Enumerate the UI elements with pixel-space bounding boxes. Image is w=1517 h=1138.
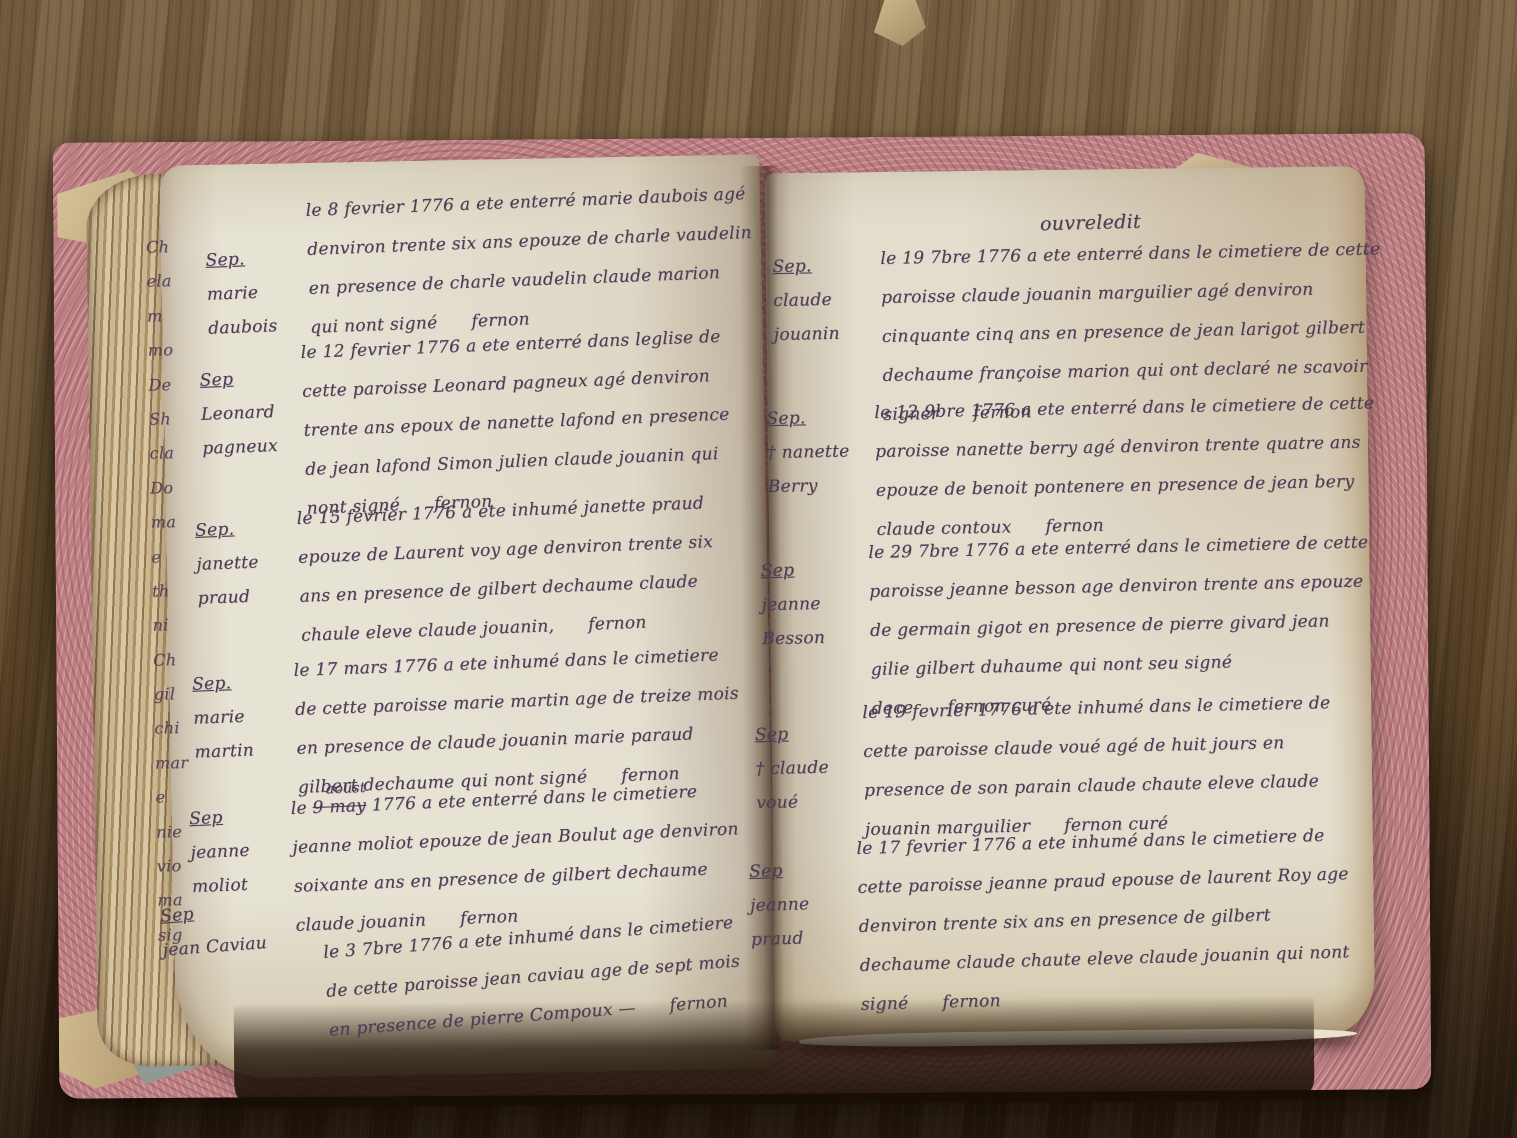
entry-margin-label: Sep † claude voué (754, 716, 856, 820)
entry-body-prefix: le (290, 798, 313, 819)
entry-margin-label: Sep. † nanette Berry (766, 400, 868, 504)
entry-margin-label: Sep jeanne moliot (188, 798, 288, 904)
entry-margin-label: Sep. claude jouanin (772, 248, 874, 352)
photo-scene: Ch ela m mo De Sh cla Do ma e th ni Ch g… (0, 0, 1517, 1138)
signature: fernon (942, 991, 1001, 1013)
date-correction: aoust9 may (312, 787, 367, 828)
entry-margin-label: Sep. marie martin (192, 664, 292, 769)
entry-body: le 3 7bre 1776 a ete inhumé dans le cime… (323, 913, 741, 1041)
entry-margin-label: Sep jean Caviau (159, 889, 316, 968)
entry-margin-label: Sep Leonard pagneux (199, 360, 299, 466)
entry-text: le 17 fevrier 1776 a ete inhumé dans le … (856, 816, 1361, 1025)
burial-entry: Sep jeanne praud le 17 fevrier 1776 a et… (856, 816, 1361, 1025)
entry-margin-label: Sep. janette praud (194, 510, 294, 616)
entry-margin-label: Sep jeanne Besson (760, 552, 862, 656)
signature: fernon (588, 613, 647, 635)
entry-body: le 17 fevrier 1776 a ete inhumé dans le … (856, 826, 1350, 1015)
signature: fernon (669, 992, 729, 1016)
handwriting-layer: Ch ela m mo De Sh cla Do ma e th ni Ch g… (0, 0, 1517, 1138)
entry-body: le 15 fevrier 1776 a ete inhumé janette … (296, 493, 713, 646)
inserted-word: aoust (325, 772, 366, 806)
entry-text: le 15 fevrier 1776 a ete inhumé janette … (296, 483, 750, 656)
entry-body: le 12 9bre 1776 a ete enterré dans le ci… (874, 393, 1374, 540)
entry-margin-label: Sep jeanne praud (749, 852, 852, 957)
entry-margin-label: Sep. marie daubois (205, 240, 305, 346)
header-annotation: ouvreledit (1040, 211, 1141, 236)
burial-entry: Sep. janette praud le 15 fevrier 1776 a … (296, 483, 750, 656)
